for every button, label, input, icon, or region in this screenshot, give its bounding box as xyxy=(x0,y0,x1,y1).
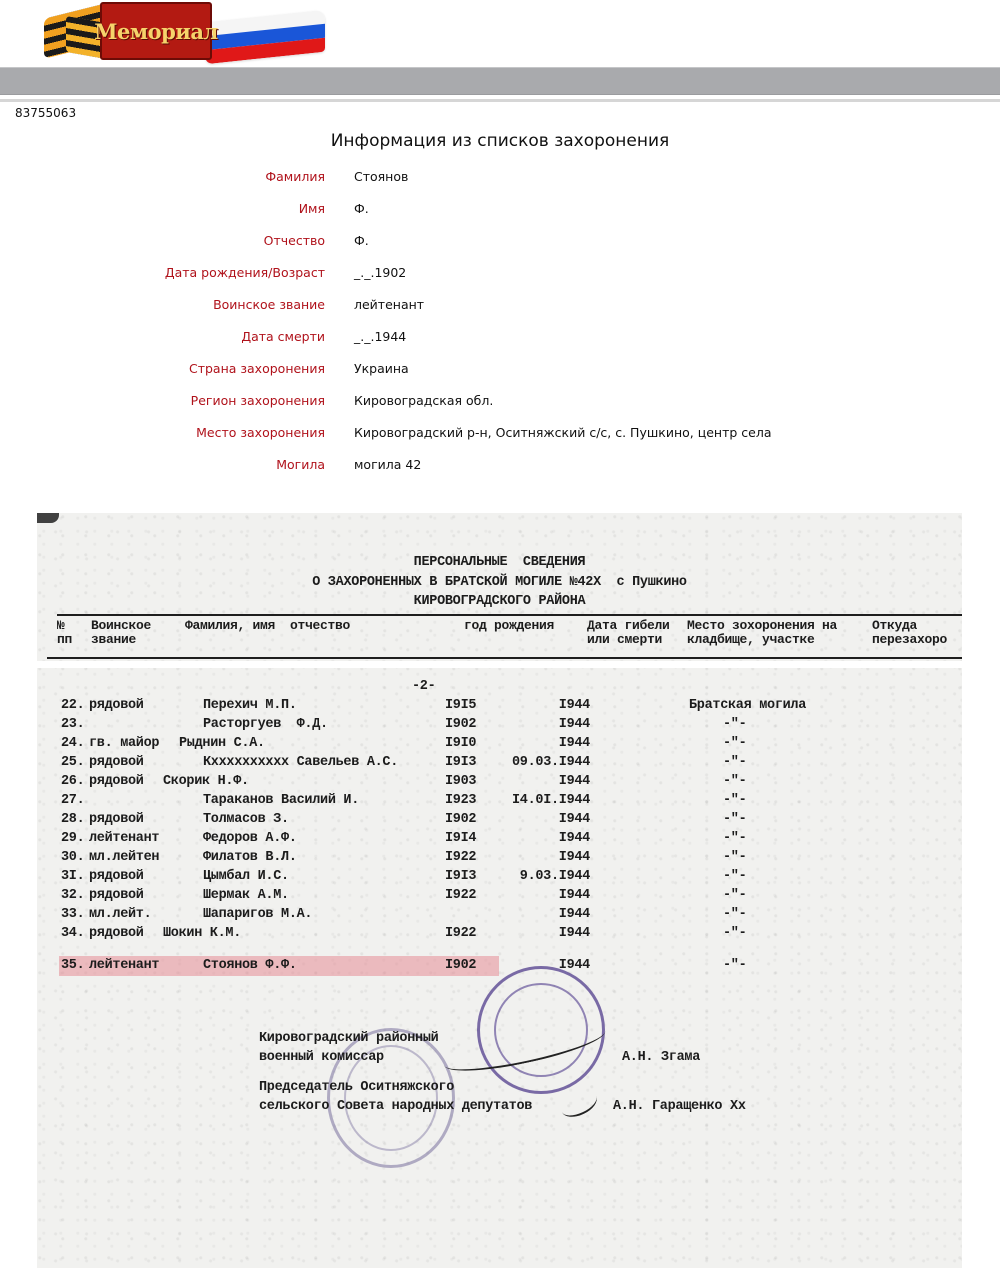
row-death-date: 9.03.I944 xyxy=(520,869,590,884)
row-name: Скорик Н.Ф. xyxy=(163,774,249,789)
field-value: Кировоградская обл. xyxy=(354,393,493,408)
info-row: ОтчествоФ. xyxy=(0,224,1000,256)
row-number: 33. xyxy=(61,907,84,922)
row-birth-year: I9I0 xyxy=(445,736,476,751)
field-value: лейтенант xyxy=(354,297,424,312)
row-name: Толмасов З. xyxy=(203,812,289,827)
row-burial-place: -"- xyxy=(723,812,746,827)
row-name: Шермак А.М. xyxy=(203,888,289,903)
field-label: Отчество xyxy=(0,233,325,248)
field-label: Имя xyxy=(0,201,325,216)
row-birth-year: I922 xyxy=(445,926,476,941)
column-header: Дата гибелиили смерти xyxy=(587,619,670,647)
row-rank: рядовой xyxy=(89,698,144,713)
russian-flag-icon xyxy=(205,10,325,65)
signature-1-signer: А.Н. Згама xyxy=(622,1050,700,1065)
row-death-date: I944 xyxy=(559,812,590,827)
column-header-line2: пп xyxy=(57,633,72,647)
row-rank: лейтенант xyxy=(89,831,159,846)
divider xyxy=(0,99,1000,102)
field-value: Украина xyxy=(354,361,409,376)
row-death-date: I944 xyxy=(559,926,590,941)
column-header-line2: звание xyxy=(91,633,151,647)
list-item: 3I.рядовойЦымбал И.С.I9I39.03.I944-"- xyxy=(37,869,962,888)
column-header: год рождения xyxy=(464,619,554,633)
list-item: 33.мл.лейт.Шапаригов М.А.I944-"- xyxy=(37,907,962,926)
row-burial-place: -"- xyxy=(723,717,746,732)
scan-seam xyxy=(37,661,962,668)
list-item: 22.рядовойПерехич М.П.I9I5I944Братская м… xyxy=(37,698,962,717)
field-value: _._.1944 xyxy=(354,329,406,344)
row-burial-place: -"- xyxy=(723,755,746,770)
column-header-line1: Дата гибели xyxy=(587,619,670,633)
row-birth-year: I9I3 xyxy=(445,755,476,770)
info-row: Воинское званиелейтенант xyxy=(0,288,1000,320)
row-birth-year: I903 xyxy=(445,774,476,789)
row-burial-place: -"- xyxy=(723,736,746,751)
field-label: Регион захоронения xyxy=(0,393,325,408)
logo-text: Мемориал xyxy=(94,19,218,44)
row-rank: лейтенант xyxy=(89,958,159,973)
row-number: 3I. xyxy=(61,869,84,884)
row-rank: рядовой xyxy=(89,812,144,827)
field-label: Дата рождения/Возраст xyxy=(0,265,325,280)
signature-2-line2: сельского Совета народных депутатов xyxy=(259,1099,532,1114)
row-burial-place: -"- xyxy=(723,850,746,865)
row-number: 34. xyxy=(61,926,84,941)
column-header-line1: Откуда xyxy=(872,619,947,633)
column-header: Фамилия, имя отчество xyxy=(185,619,350,633)
list-item: 29.лейтенантФедоров А.Ф.I9I4I944-"- xyxy=(37,831,962,850)
table-top-rule xyxy=(57,614,962,616)
field-label: Фамилия xyxy=(0,169,325,184)
page-marker: -2- xyxy=(412,679,435,694)
row-name: Кхххххххххх Савельев А.С. xyxy=(203,755,398,770)
row-name: Рыднин С.А. xyxy=(179,736,265,751)
row-rank: рядовой xyxy=(89,755,144,770)
field-label: Дата смерти xyxy=(0,329,325,344)
row-number: 30. xyxy=(61,850,84,865)
row-rank: мл.лейтен xyxy=(89,850,159,865)
signature-1-line2: военный комиссар xyxy=(259,1050,384,1065)
row-name: Филатов В.Л. xyxy=(203,850,297,865)
doc-heading-1: ПЕРСОНАЛЬНЫЕ СВЕДЕНИЯ xyxy=(37,555,962,570)
info-row: ФамилияСтоянов xyxy=(0,160,1000,192)
info-table: ФамилияСтояновИмяФ.ОтчествоФ.Дата рожден… xyxy=(0,160,1000,480)
field-label: Страна захоронения xyxy=(0,361,325,376)
info-row: Место захороненияКировоградский р-н, Оси… xyxy=(0,416,1000,448)
field-value: _._.1902 xyxy=(354,265,406,280)
info-row: Регион захороненияКировоградская обл. xyxy=(0,384,1000,416)
row-name: Шокин К.М. xyxy=(163,926,241,941)
column-header-line1: Место зохоронения на xyxy=(687,619,837,633)
row-name: Шапаригов М.А. xyxy=(203,907,312,922)
row-death-date: I944 xyxy=(559,907,590,922)
table-header-rule xyxy=(47,657,962,659)
column-header-line1: № xyxy=(57,619,72,633)
handwritten-signature-2 xyxy=(557,1086,601,1122)
field-value: могила 42 xyxy=(354,457,421,472)
record-id: 83755063 xyxy=(15,106,76,120)
row-number: 35. xyxy=(61,958,84,973)
info-row: Дата смерти_._.1944 xyxy=(0,320,1000,352)
row-death-date: 09.03.I944 xyxy=(512,755,590,770)
logo-title: Мемориал xyxy=(100,2,212,60)
row-burial-place: -"- xyxy=(723,907,746,922)
info-row: Страна захороненияУкраина xyxy=(0,352,1000,384)
row-rank: рядовой xyxy=(89,869,144,884)
row-death-date: I944 xyxy=(559,774,590,789)
column-header-line1: год рождения xyxy=(464,619,554,633)
row-rank: гв. майор xyxy=(89,736,159,751)
signature-2-line1: Председатель Оситняжского xyxy=(259,1080,454,1095)
memorial-logo[interactable]: Мемориал xyxy=(40,2,290,68)
scan-corner-shadow xyxy=(37,513,59,523)
row-birth-year: I9I4 xyxy=(445,831,476,846)
row-birth-year: I922 xyxy=(445,888,476,903)
row-number: 27. xyxy=(61,793,84,808)
row-birth-year: I9I5 xyxy=(445,698,476,713)
field-value: Стоянов xyxy=(354,169,408,184)
row-birth-year: I9I3 xyxy=(445,869,476,884)
row-name: Цымбал И.С. xyxy=(203,869,289,884)
list-item: 27.Тараканов Василий И.I923I4.0I.I944-"- xyxy=(37,793,962,812)
row-death-date: I944 xyxy=(559,736,590,751)
row-rank: рядовой xyxy=(89,774,144,789)
row-number: 24. xyxy=(61,736,84,751)
column-header: №пп xyxy=(57,619,72,647)
list-item-highlighted: 35.лейтенантСтоянов Ф.Ф.I902I944-"- xyxy=(37,958,962,977)
row-birth-year: I902 xyxy=(445,958,476,973)
row-death-date: I944 xyxy=(559,888,590,903)
row-death-date: I944 xyxy=(559,850,590,865)
row-number: 32. xyxy=(61,888,84,903)
info-row: Дата рождения/Возраст_._.1902 xyxy=(0,256,1000,288)
field-label: Могила xyxy=(0,457,325,472)
column-header-line2: кладбище, участке xyxy=(687,633,837,647)
row-name: Федоров А.Ф. xyxy=(203,831,297,846)
row-number: 25. xyxy=(61,755,84,770)
row-birth-year: I902 xyxy=(445,812,476,827)
row-burial-place: Братская могила xyxy=(689,698,806,713)
row-name: Перехич М.П. xyxy=(203,698,297,713)
village-council-stamp xyxy=(327,1028,455,1168)
list-item: 28.рядовойТолмасов З.I902I944-"- xyxy=(37,812,962,831)
list-item: 30.мл.лейтенФилатов В.Л.I922I944-"- xyxy=(37,850,962,869)
row-number: 29. xyxy=(61,831,84,846)
column-header-line2: перезахоро xyxy=(872,633,947,647)
row-birth-year: I923 xyxy=(445,793,476,808)
info-row: Могиламогила 42 xyxy=(0,448,1000,480)
document-scan[interactable]: ПЕРСОНАЛЬНЫЕ СВЕДЕНИЯ О ЗАХОРОНЕННЫХ В Б… xyxy=(37,513,962,1268)
row-birth-year: I902 xyxy=(445,717,476,732)
list-item: 34.рядовойШокин К.М.I922I944-"- xyxy=(37,926,962,945)
list-item: 24.гв. майорРыднин С.А.I9I0I944-"- xyxy=(37,736,962,755)
field-value: Ф. xyxy=(354,201,369,216)
row-number: 22. xyxy=(61,698,84,713)
column-header: Воинскоезвание xyxy=(91,619,151,647)
row-birth-year: I922 xyxy=(445,850,476,865)
column-header-line1: Фамилия, имя отчество xyxy=(185,619,350,633)
row-name: Стоянов Ф.Ф. xyxy=(203,958,297,973)
field-label: Место захоронения xyxy=(0,425,325,440)
column-header: Место зохоронения накладбище, участке xyxy=(687,619,837,647)
nav-bar xyxy=(0,67,1000,95)
row-number: 28. xyxy=(61,812,84,827)
info-row: ИмяФ. xyxy=(0,192,1000,224)
row-burial-place: -"- xyxy=(723,831,746,846)
column-header: Откудаперезахоро xyxy=(872,619,947,647)
row-rank: рядовой xyxy=(89,926,144,941)
row-burial-place: -"- xyxy=(723,869,746,884)
row-burial-place: -"- xyxy=(723,888,746,903)
field-value: Ф. xyxy=(354,233,369,248)
row-name: Расторгуев Ф.Д. xyxy=(203,717,328,732)
list-item: 26.рядовойСкорик Н.Ф.I903I944-"- xyxy=(37,774,962,793)
row-rank: мл.лейт. xyxy=(89,907,151,922)
list-item: 23.Расторгуев Ф.Д.I902I944-"- xyxy=(37,717,962,736)
row-burial-place: -"- xyxy=(723,958,746,973)
list-item: 32.рядовойШермак А.М.I922I944-"- xyxy=(37,888,962,907)
row-burial-place: -"- xyxy=(723,793,746,808)
column-header-line1: Воинское xyxy=(91,619,151,633)
row-death-date: I4.0I.I944 xyxy=(512,793,590,808)
doc-heading-2: О ЗАХОРОНЕННЫХ В БРАТСКОЙ МОГИЛЕ №42Х с … xyxy=(37,575,962,590)
row-burial-place: -"- xyxy=(723,926,746,941)
row-burial-place: -"- xyxy=(723,774,746,789)
list-item: 25.рядовойКхххххххххх Савельев А.С.I9I30… xyxy=(37,755,962,774)
row-rank: рядовой xyxy=(89,888,144,903)
row-number: 26. xyxy=(61,774,84,789)
signature-2-signer: А.Н. Гаращенко Хх xyxy=(613,1099,746,1114)
row-death-date: I944 xyxy=(559,831,590,846)
row-name: Тараканов Василий И. xyxy=(203,793,359,808)
row-death-date: I944 xyxy=(559,698,590,713)
signature-1-line1: Кировоградский районный xyxy=(259,1031,438,1046)
row-death-date: I944 xyxy=(559,717,590,732)
column-header-line2: или смерти xyxy=(587,633,670,647)
row-number: 23. xyxy=(61,717,84,732)
field-label: Воинское звание xyxy=(0,297,325,312)
doc-heading-3: КИРОВОГРАДСКОГО РАЙОНА xyxy=(37,594,962,609)
page-title: Информация из списков захоронения xyxy=(0,131,1000,151)
field-value: Кировоградский р-н, Оситняжский с/с, с. … xyxy=(354,425,772,440)
